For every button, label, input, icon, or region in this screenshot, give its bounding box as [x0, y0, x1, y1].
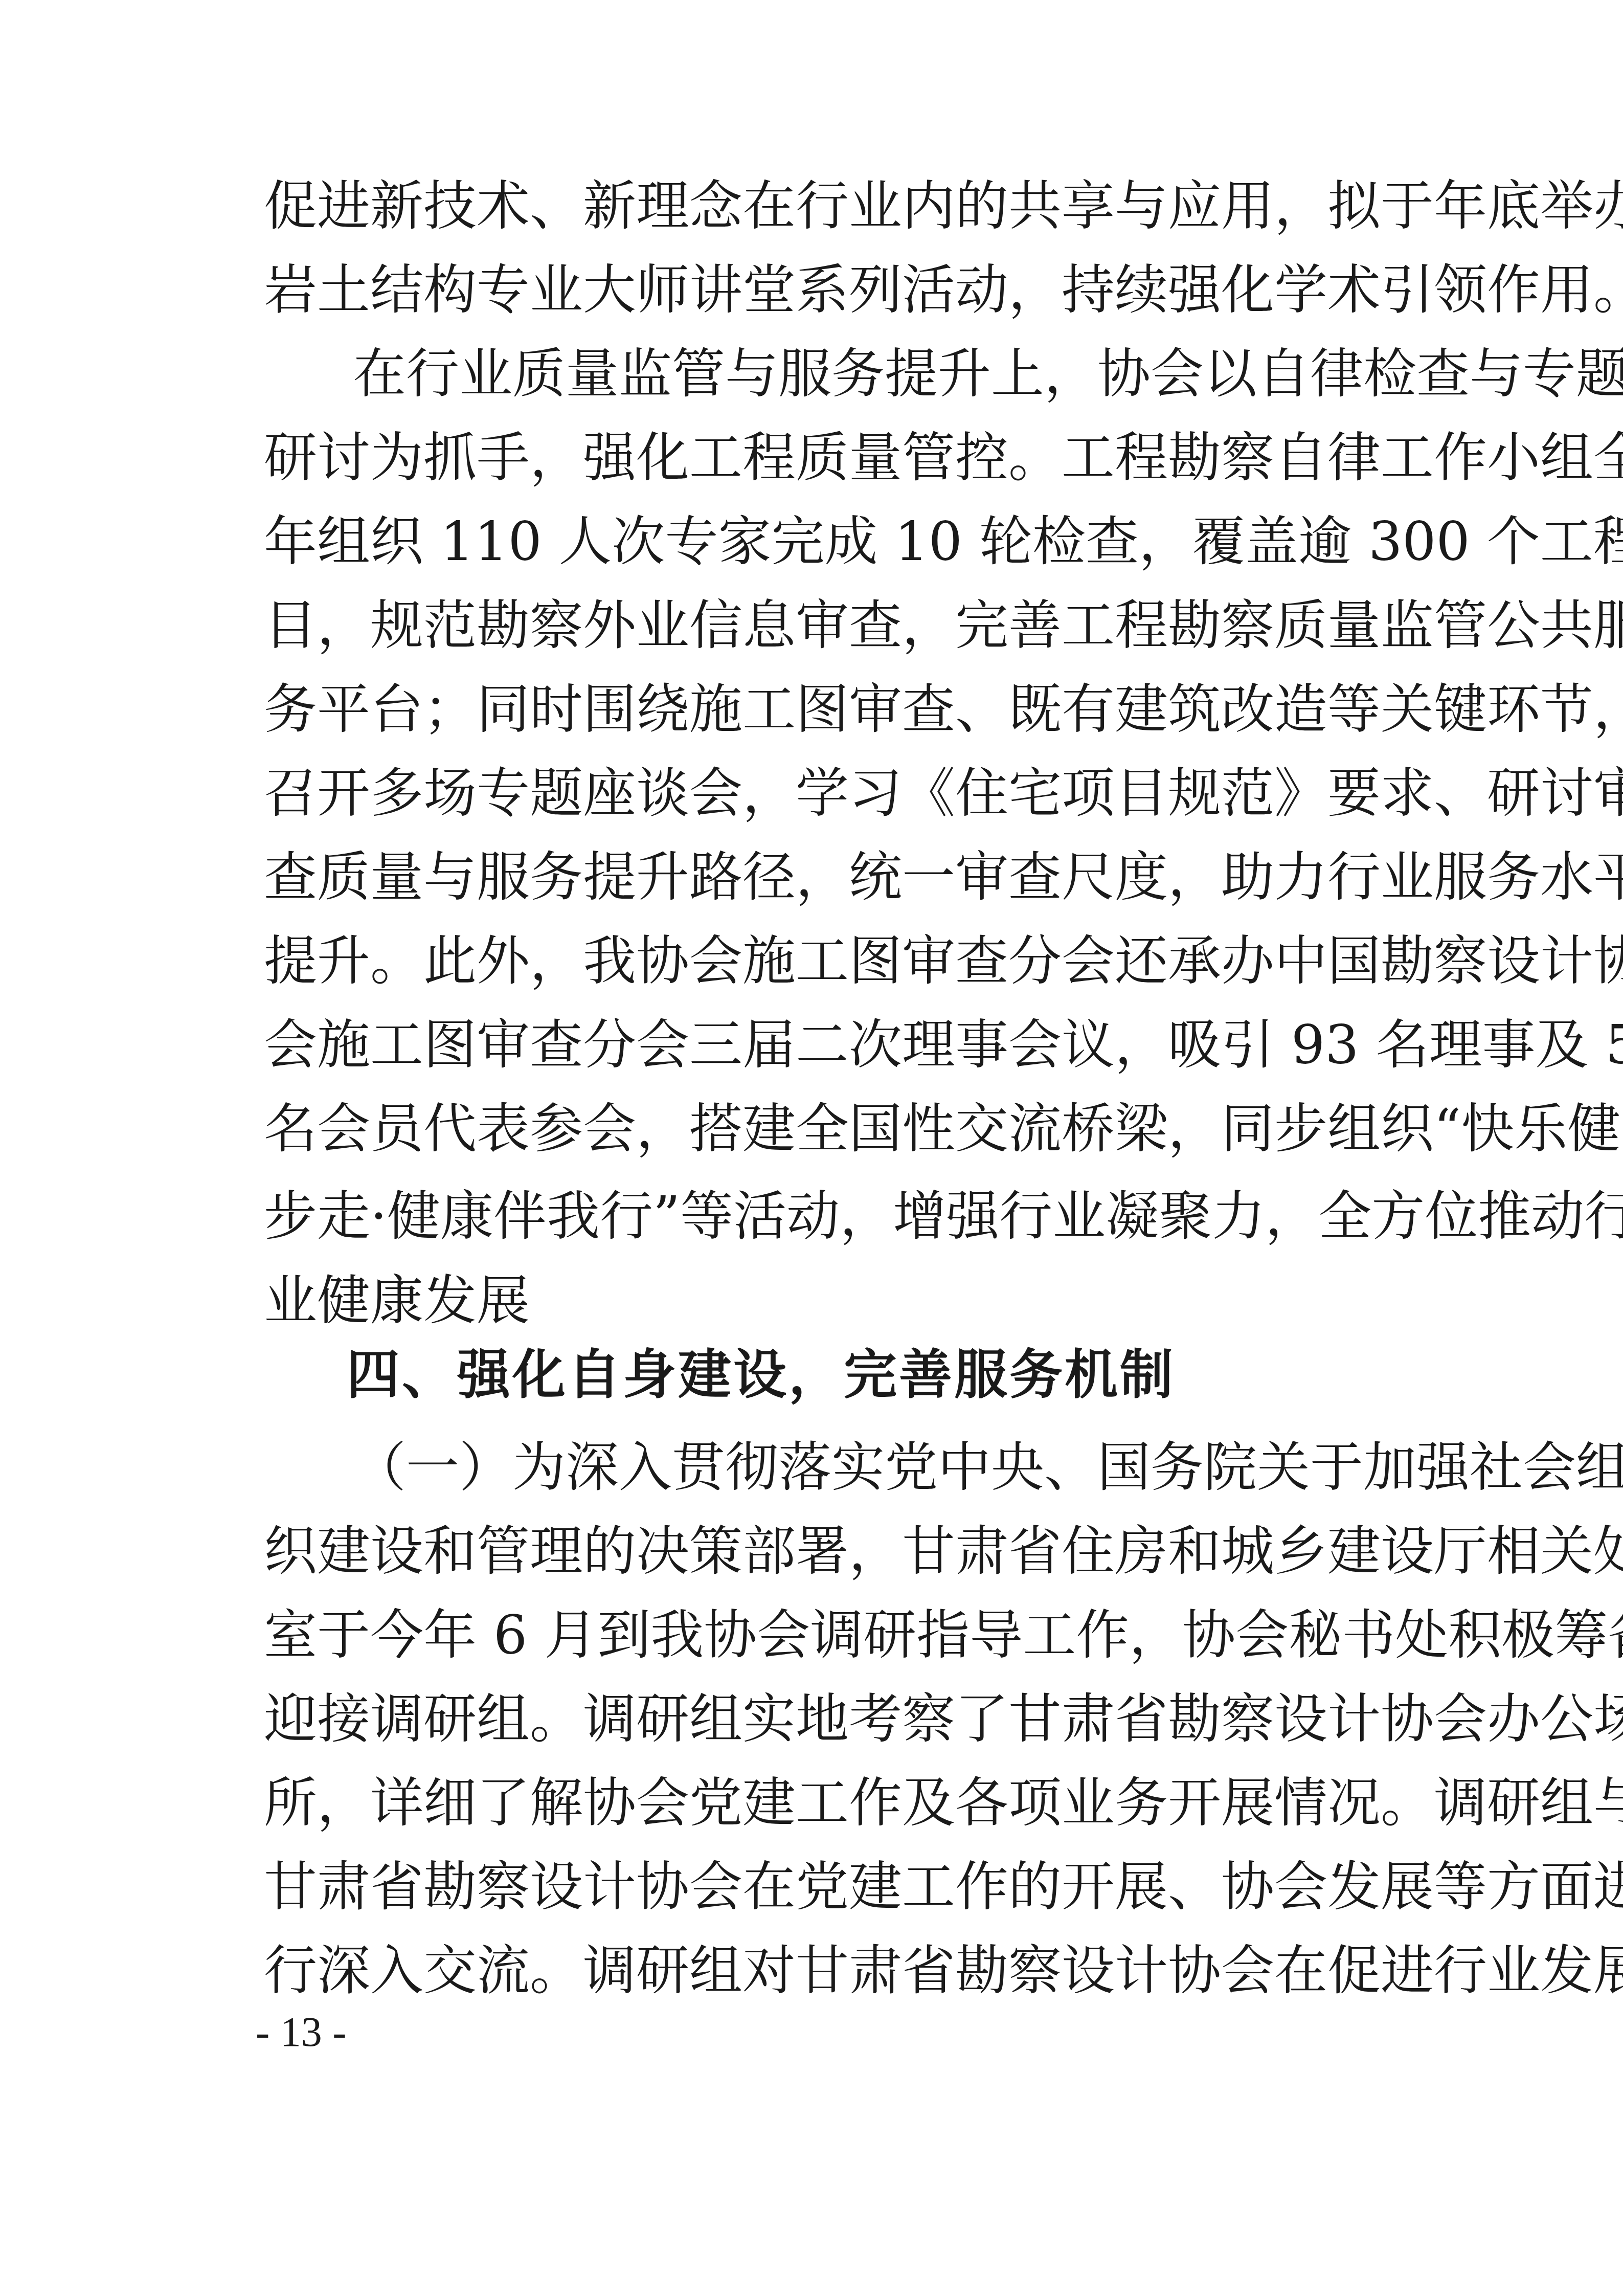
section-heading: 四、强化自身建设，完善服务机制	[347, 1339, 1175, 1411]
body-text-line: 甘肃省勘察设计协会在党建工作的开展、协会发展等方面进	[264, 1851, 1377, 1923]
page-number: - 13 -	[256, 2008, 347, 2056]
body-text-line: 目，规范勘察外业信息审查，完善工程勘察质量监管公共服	[264, 590, 1377, 661]
body-text-line: 所，详细了解协会党建工作及各项业务开展情况。调研组与	[264, 1767, 1377, 1839]
paragraph-last-line: 业健康发展	[264, 1265, 1377, 1336]
body-text-line: 年组织 110 人次专家完成 10 轮检查，覆盖逾 300 个工程项	[264, 506, 1377, 577]
body-text-line: 名会员代表参会，搭建全国性交流桥梁，同步组织“快乐健	[264, 1093, 1377, 1165]
paragraph-first-line: （一）为深入贯彻落实党中央、国务院关于加强社会组	[353, 1432, 1377, 1503]
body-text-line: 行深入交流。调研组对甘肃省勘察设计协会在促进行业发展	[264, 1935, 1377, 2007]
body-text-line: 步走·健康伴我行”等活动，增强行业凝聚力，全方位推动行	[264, 1180, 1377, 1252]
body-text-line: 召开多场专题座谈会，学习《住宅项目规范》要求、研讨审	[264, 757, 1377, 829]
body-text-line: 查质量与服务提升路径，统一审查尺度，助力行业服务水平	[264, 841, 1377, 913]
body-text-line: 促进新技术、新理念在行业内的共享与应用，拟于年底举办	[264, 170, 1377, 242]
paragraph-first-line: 在行业质量监管与服务提升上，协会以自律检查与专题	[353, 338, 1377, 410]
body-text-line: 研讨为抓手，强化工程质量管控。工程勘察自律工作小组全	[264, 422, 1377, 494]
body-text-line: 提升。此外，我协会施工图审查分会还承办中国勘察设计协	[264, 925, 1377, 997]
paragraph-last-line: 岩土结构专业大师讲堂系列活动，持续强化学术引领作用。	[264, 254, 1377, 326]
body-text-line: 务平台；同时围绕施工图审查、既有建筑改造等关键环节，	[264, 674, 1377, 745]
body-text-line: 织建设和管理的决策部署，甘肃省住房和城乡建设厅相关处	[264, 1515, 1377, 1587]
document-page: 促进新技术、新理念在行业内的共享与应用，拟于年底举办岩土结构专业大师讲堂系列活动…	[0, 0, 1623, 2296]
body-text-line: 室于今年 6 月到我协会调研指导工作，协会秘书处积极筹备	[264, 1599, 1377, 1671]
body-text-line: 会施工图审查分会三届二次理事会议，吸引 93 名理事及 57	[264, 1009, 1377, 1081]
body-text-line: 迎接调研组。调研组实地考察了甘肃省勘察设计协会办公场	[264, 1683, 1377, 1755]
